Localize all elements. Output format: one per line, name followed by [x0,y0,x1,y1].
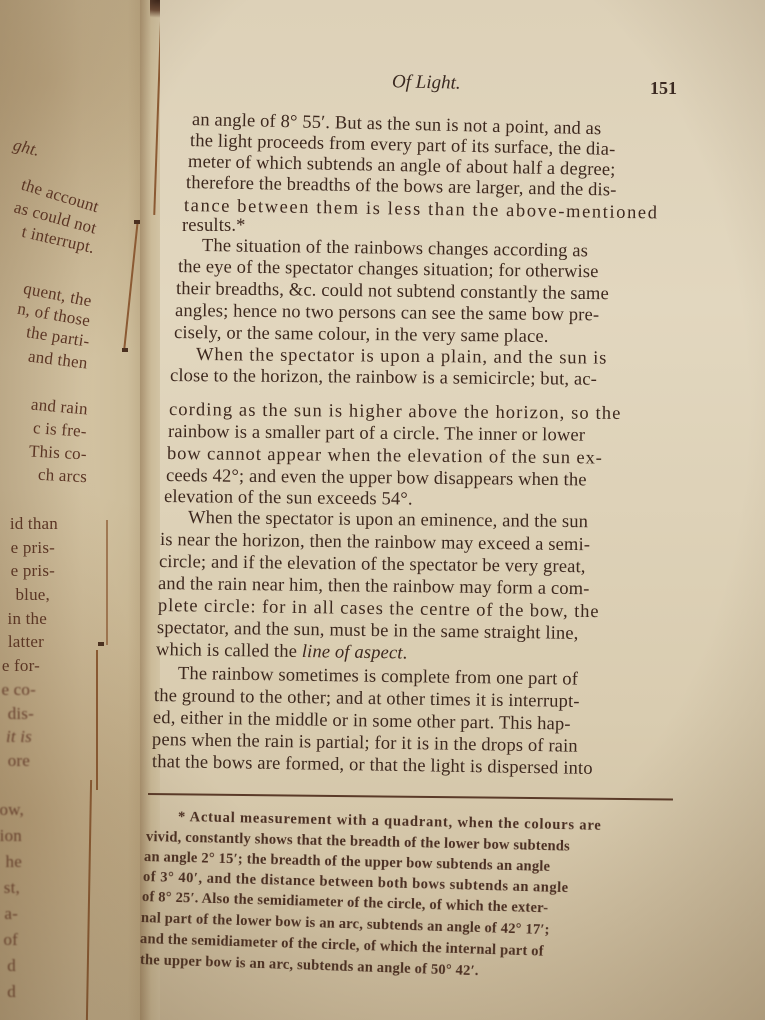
left-page-line: e co- [1,680,36,700]
left-page: ght. the account as could not t interrup… [0,0,150,1020]
body-line: cisely, or the same colour, in the very … [174,323,549,348]
left-page-line: of [3,930,18,950]
left-page-line: id than [10,514,58,534]
body-line-paragraph-start: When the spectator is upon an eminence, … [188,508,588,533]
left-page-line: it is [6,727,32,747]
stitch-mark [122,348,128,352]
left-page-line: dis- [8,704,34,724]
running-head: Of Light. [392,71,461,94]
left-page-line: ow, [0,800,24,820]
left-page-line: This co- [29,442,88,465]
left-page-line: in the [8,609,47,629]
page-edge-line [106,520,108,645]
body-line: close to the horizon, the rainbow is a s… [170,366,597,391]
left-page-line: st, [4,878,20,898]
body-line: rainbow is a smaller part of a circle. T… [168,422,585,447]
left-page-line: c is fre- [33,418,88,442]
italic-term: line of aspect [302,642,403,663]
left-page-line: blue, [15,585,50,605]
page-number: 151 [650,78,677,99]
left-page-line: a- [4,904,18,924]
stitch-mark [98,642,104,646]
left-page-line: ch arcs [37,465,87,488]
left-page-line: latter [8,632,44,652]
left-page-line: e pris- [11,561,55,581]
body-line: angles; hence no two persons can see the… [175,301,599,326]
left-page-line: e pris- [11,538,55,558]
stitch-mark [134,220,140,224]
left-page-line: ore [8,751,30,771]
body-line: results.* [182,216,246,237]
page-edge-line [96,650,98,790]
left-page-line: he [6,852,22,872]
left-page-line: d [7,982,16,1002]
left-page-line: d [7,956,16,976]
left-page-line: e for- [2,656,40,676]
body-line: which is called the line of aspect. [156,640,408,665]
left-page-line: ion [0,826,22,846]
body-line: elevation of the sun exceeds 54°. [164,487,413,511]
body-line: cording as the sun is higher above the h… [169,400,622,425]
